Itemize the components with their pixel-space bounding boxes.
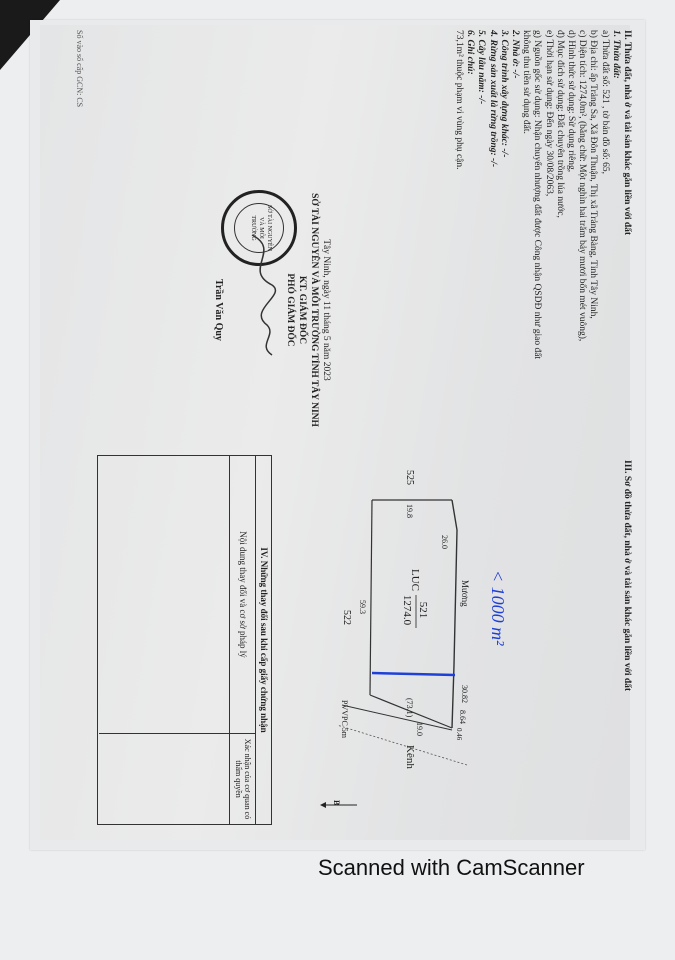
parcel-diagram: B LUC 521 1274.0 525 522 30.82 8.64 0.46… (312, 460, 612, 830)
parcel-line: g) Nguồn gốc sử dụng: Nhận chuyển nhượng… (531, 30, 542, 450)
section2-heading: II. Thửa đất, nhà ở và tài sản khác gắn … (621, 30, 632, 450)
canal-label: Kênh (404, 745, 416, 769)
ditch-label: Mương (460, 580, 470, 607)
changes-column-header: Nội dung thay đổi và cơ sở pháp lý (230, 456, 255, 734)
signer-name: Trần Văn Quy (212, 180, 224, 440)
parcel-line: c) Diện tích: 1274,0m², (bằng chữ: Một n… (576, 30, 587, 450)
neighbor-522: 522 (341, 610, 352, 625)
dim-30-82: 30.82 (460, 685, 469, 703)
corridor-label: PVVPC 5m (340, 700, 349, 739)
parcel-line: đ) Mục đích sử dụng: Đất chuyên trồng lú… (554, 30, 565, 450)
issuing-agency: SỞ TÀI NGUYÊN VÀ MÔI TRƯỜNG TỈNH TÂY NIN… (308, 180, 320, 440)
parcel-area-label: 1274.0 (401, 595, 413, 626)
section4-heading: IV. Những thay đổi sau khi cấp giấy chứn… (255, 456, 271, 824)
land-type-label: LUC (409, 569, 421, 591)
construction-item: 3. Công trình xây dựng khác: -/- (498, 30, 509, 450)
parcel-line: a) Thửa đất số: 521 , tờ bản đồ số: 65, (598, 30, 609, 450)
dim-19-0: 19.0 (415, 722, 424, 736)
confirmation-cell (99, 734, 229, 824)
parcel-line: không thu tiền sử dụng đất. (520, 30, 531, 450)
parcel-line: e) Thời hạn sử dụng: Đến ngày 30/08/2063… (542, 30, 553, 450)
sub-area-label: (73.1) (405, 698, 414, 718)
notes-label: 6. Ghi chú: (464, 30, 475, 450)
signature-block: Tây Ninh, ngày 11 tháng 5 năm 2023 SỞ TÀ… (212, 180, 332, 440)
section2-sub1: 1. Thửa đất: (610, 30, 621, 450)
dim-8-64: 8.64 (458, 710, 467, 724)
dim-19-8: 19.8 (405, 504, 414, 518)
dim-26-0: 26.0 (440, 535, 449, 549)
on-behalf-of: KT. GIÁM ĐỐC (296, 180, 308, 440)
place-date: Tây Ninh, ngày 11 tháng 5 năm 2023 (320, 180, 332, 440)
parcel-line: d) Hình thức sử dụng: Sử dụng riêng, (565, 30, 576, 450)
parcel-map: B LUC 521 1274.0 525 522 30.82 8.64 0.46… (312, 460, 612, 830)
camscanner-watermark: Scanned with CamScanner (318, 855, 585, 881)
section-land-parcel: II. Thửa đất, nhà ở và tài sản khác gắn … (453, 30, 632, 450)
handwritten-note: < 1000 m² (488, 570, 508, 646)
certificate-content: II. Thửa đất, nhà ở và tài sản khác gắn … (62, 30, 632, 830)
house-item: 2. Nhà ở: -/- (509, 30, 520, 450)
forest-item: 4. Rừng sản xuất là rừng trồng: -/- (486, 30, 497, 450)
changes-table: IV. Những thay đổi sau khi cấp giấy chứn… (97, 455, 272, 825)
confirmation-column-header: Xác nhận của cơ quan có thẩm quyền (230, 734, 255, 824)
north-arrow-label: B (332, 800, 341, 806)
signer-title: PHÓ GIÁM ĐỐC (284, 180, 296, 440)
parcel-line: b) Địa chỉ: ấp Trảng Sa, Xã Đôn Thuận, T… (587, 30, 598, 450)
dim-59-3: 59.3 (358, 600, 367, 614)
parcel-number-label: 521 (417, 602, 429, 619)
registry-note: Số vào sổ cấp GCN: CS (75, 30, 84, 107)
changes-cell (99, 456, 229, 734)
section3-heading: III. Sơ đồ thửa đất, nhà ở và tài sản kh… (622, 460, 632, 830)
notes-text: 73,1m² thuộc phạm vi vùng phụ cận. (453, 30, 464, 450)
perennial-item: 5. Cây lâu năm: -/- (475, 30, 486, 450)
dim-0-46: 0.46 (455, 728, 463, 741)
neighbor-525: 525 (404, 470, 415, 485)
